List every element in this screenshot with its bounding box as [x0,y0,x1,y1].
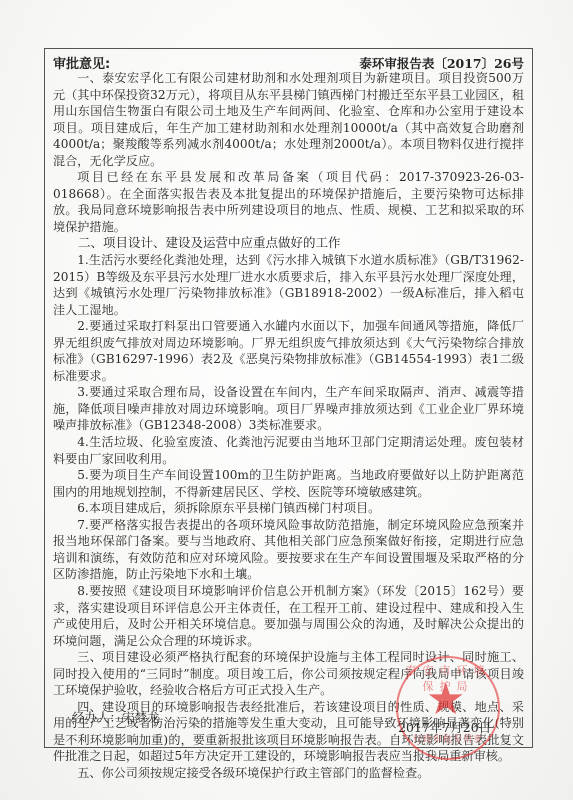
handler-signature: 经办人：宋梦龙 [72,708,160,726]
paragraph-2: 项目已经在东平县发展和改革局备案（项目代码：2017-370923-26-03-… [53,169,524,235]
paragraph-5: 五、你公司须按规定接受各级环境保护行政主管部门的监督检查。 [53,765,524,782]
approval-opinion-box: 审批意见: 泰环审报告表〔2017〕26号 一、泰安宏孚化工有限公司建材助剂和水… [44,48,533,748]
star-icon: ★ [426,678,465,722]
item-2: 2.要通过采取打料泵出口管要通入水罐内水面以下，加强车间通风等措施，降低厂界无组… [53,318,524,384]
header-row: 审批意见: 泰环审报告表〔2017〕26号 [53,53,524,70]
section-2-title: 二、项目设计、建设及运营中应重点做好的工作 [53,235,524,252]
item-6: 6.本项目建成后，须拆除原东平县梯门镇西梯门村项目。 [53,500,524,517]
approval-date: 2017年7月20日 [398,718,491,736]
item-5: 5.要为项目生产车间设置100m的卫生防护距离。当地政府要做好以上防护距离范围内… [53,467,524,500]
item-3: 3.要通过采取合理布局，设备设置在车间内，生产车间采取隔声、消声、减震等措施，降… [53,384,524,434]
item-8: 8.要按照《建设项目环境影响评价信息公开机制方案》（环发〔2015〕162号）要… [53,583,524,649]
paragraph-1: 一、泰安宏孚化工有限公司建材助剂和水处理剂项目为新建项目。项目投资500万元（其… [53,70,524,169]
item-4: 4.生活垃圾、化验室废渣、化粪池污泥要由当地环卫部门定期清运处理。废包装材料要由… [53,434,524,467]
official-seal: 泰安市环境保护局 ★ 行政审批专用章 [396,656,500,760]
item-1: 1.生活污水要经化粪池处理，达到《污水排入城镇下水道水质标准》（GB/T3196… [53,252,524,318]
item-7: 7.要严格落实报告表提出的各项环境风险事故防范措施，制定环境风险应急预案并报当地… [53,517,524,583]
